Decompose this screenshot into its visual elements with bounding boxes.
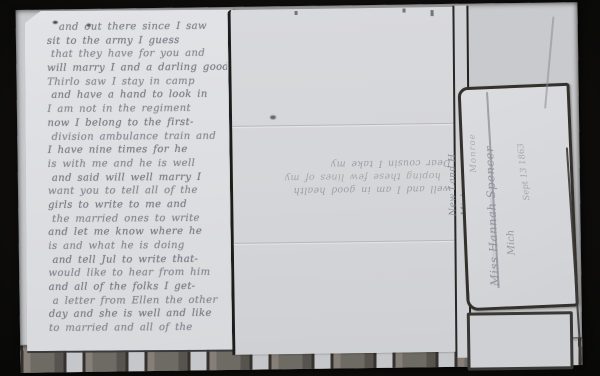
- letter-line: division ambulance train and: [48, 130, 228, 145]
- letter-line: and let me know where he: [48, 226, 228, 241]
- letter-line: is and what he is doing: [48, 240, 228, 255]
- page-tick: [431, 10, 434, 16]
- envelope-address: Monroe Miss Hannah Spencer Mich Sept 13 …: [464, 93, 572, 301]
- outlined-box: [467, 311, 574, 370]
- letter-line: would like to hear from him: [49, 267, 229, 282]
- ink-blotch: [270, 115, 276, 119]
- letter-line: the married ones to write: [48, 212, 228, 227]
- envelope: Monroe Miss Hannah Spencer Mich Sept 13 …: [458, 83, 579, 311]
- address-name-struck: Miss Hannah Spencer: [480, 96, 502, 286]
- letter-line: and tell Jul to write that-: [48, 253, 228, 268]
- letter-line: that they have for you and: [47, 48, 227, 63]
- showthrough-text: well and I am in good healthhoping these…: [243, 155, 452, 197]
- date-scrawl: Sept 13 1863: [512, 110, 532, 201]
- letter-line: and out there since I saw: [47, 21, 227, 36]
- letter-text: and out there since I sawsit to the army…: [47, 21, 229, 337]
- letter-line: I am not in the regiment: [47, 103, 227, 118]
- letter-line: Thirlo saw I stay in camp: [47, 75, 227, 90]
- fold-line-lower: [234, 240, 460, 244]
- page-tick: [403, 8, 406, 12]
- postmark-scrawl: Monroe: [466, 97, 479, 173]
- middle-page: well and I am in good healthhoping these…: [228, 7, 464, 355]
- letter-line: sit to the army I guess: [47, 34, 227, 49]
- letter-line: and have a hand to look in: [47, 89, 227, 104]
- letter-line: will marry I and a darling good: [47, 62, 227, 77]
- letter-line: and all of the folks I get-: [49, 281, 229, 296]
- page-tick: [295, 11, 298, 15]
- letter-line: and said will well marry I: [48, 171, 228, 186]
- letter-page: and out there since I sawsit to the army…: [25, 10, 238, 353]
- letter-line: a letter from Ellen the other: [49, 294, 229, 309]
- fold-line-upper: [232, 123, 458, 127]
- letter-line: want you to tell all of the: [48, 185, 228, 200]
- letter-line: I have nine times for he: [48, 144, 228, 159]
- letter-line: girls to write to me and: [48, 199, 228, 214]
- letter-line: day and she is well and like: [49, 308, 229, 323]
- letter-line: now I belong to the first-: [47, 116, 227, 131]
- letter-line: to married and all of the: [49, 322, 229, 337]
- backing-sheet: and out there since I sawsit to the army…: [15, 2, 582, 373]
- letter-line: is with me and he is well: [48, 158, 228, 173]
- photo-of-handwritten-letter: and out there since I sawsit to the army…: [0, 0, 600, 376]
